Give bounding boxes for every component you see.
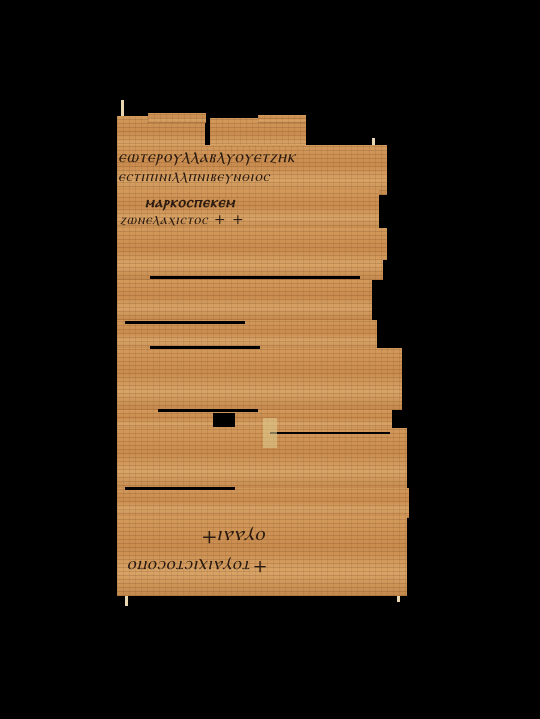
crack [158, 409, 258, 412]
crack [150, 346, 260, 349]
text-line: ⲉⲥⲧⲓⲡⲓⲛⲓⲗⲗⲡⲛⲓⲃⲉⲩⲛⲑⲓⲟⲥ [118, 167, 270, 185]
text-line: ⲍⲱⲛⲉⲗⲁⲭⲓⲥⲧⲟⲥ + + [120, 212, 245, 228]
papyrus-top-piece [148, 113, 206, 123]
papyrus-top-piece [258, 115, 306, 123]
crack [125, 487, 235, 490]
papyrus-strip [117, 428, 407, 490]
papyrus-fragment: ⲉⲱⲧⲉⲣⲟⲩⲗⲗⲁⲃⲗⲩⲟⲩⲉⲧⲍⲏⲕ ⲉⲥⲧⲓⲡⲓⲛⲓⲗⲗⲡⲛⲓⲃⲉⲩⲛⲑⲓ… [0, 0, 540, 719]
crack [125, 321, 245, 324]
light-patch [263, 418, 277, 448]
hole [383, 260, 391, 282]
inverted-text-line: ⲟⲩⲁⲁⲓ+ [200, 526, 267, 550]
crack [150, 276, 360, 279]
hole [213, 413, 235, 427]
papyrus-strip [117, 488, 409, 518]
crack [270, 432, 390, 434]
papyrus-strip [117, 410, 392, 430]
inverted-text-line: +ⲧⲟⲩⲁⲓⲭⲓⲥⲧⲟⲥⲟⲡⲟ [128, 556, 268, 577]
papyrus-strip [117, 348, 402, 410]
papyrus-strip [117, 280, 372, 320]
papyrus-strip [117, 228, 387, 280]
text-line: ⲙⲁⲣⲕⲟⲥⲡⲉⲕⲉⲙ [145, 193, 235, 211]
text-line: ⲉⲱⲧⲉⲣⲟⲩⲗⲗⲁⲃⲗⲩⲟⲩⲉⲧⲍⲏⲕ [118, 147, 296, 167]
